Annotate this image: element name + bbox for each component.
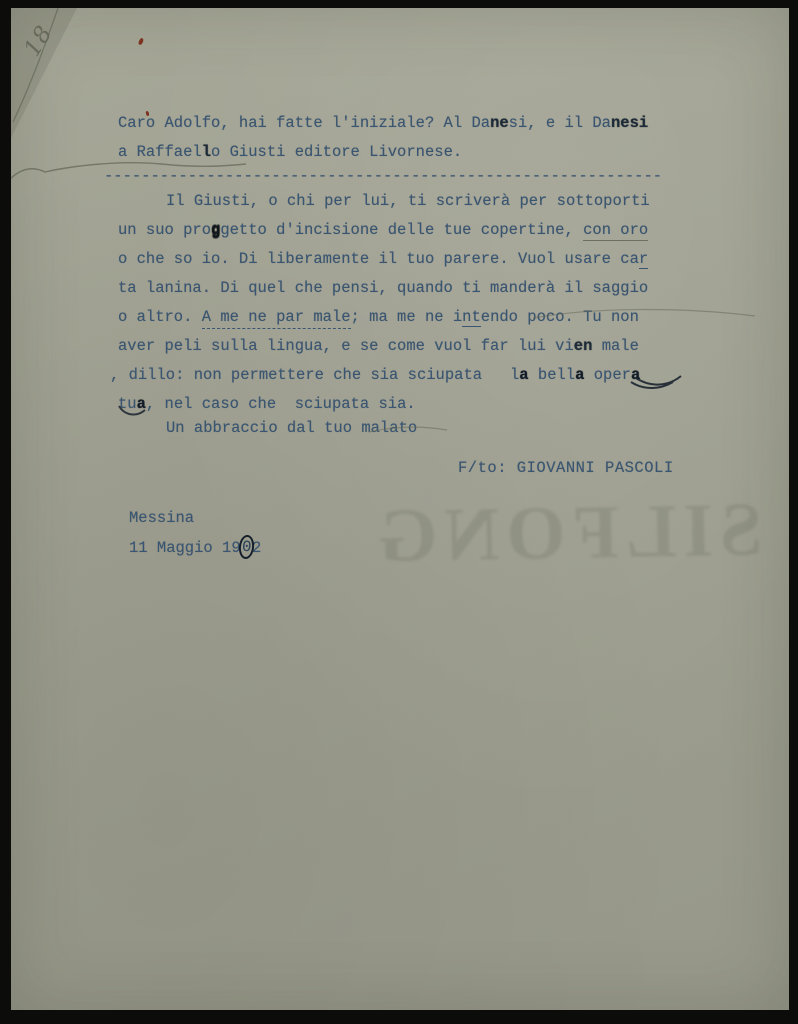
typed-segment-pen: a xyxy=(519,366,528,384)
letter-line: ta lanina. Di quel che pensi, quando ti … xyxy=(118,278,648,298)
letter-line: un suo proggetto d'incisione delle tue c… xyxy=(118,220,648,240)
typed-segment: o altro. xyxy=(118,308,202,326)
typed-segment: un suo pro xyxy=(118,221,211,239)
typed-segment-u: r xyxy=(639,250,648,269)
place-line: Messina xyxy=(129,508,194,528)
typed-segment-over: ne xyxy=(490,114,509,132)
typed-segment: getto d'incisione delle tue copertine, xyxy=(220,221,583,239)
signature-line: F/to: GIOVANNI PASCOLI xyxy=(458,458,674,478)
typed-segment: si, e il Da xyxy=(509,114,611,132)
typed-segment: bell xyxy=(529,366,576,384)
typed-segment-u: nt xyxy=(462,308,481,327)
typed-segment: ta lanina. Di quel che pensi, quando ti … xyxy=(118,279,648,297)
typed-segment: male xyxy=(592,337,639,355)
letter-line: o altro. A me ne par male; ma me ne inte… xyxy=(118,307,639,327)
letter-line: Il Giusti, o chi per lui, ti scriverà pe… xyxy=(166,191,650,211)
archival-page-number: 18 xyxy=(19,21,58,61)
typed-segment: oper xyxy=(584,366,631,384)
typed-segment: a Raffael xyxy=(118,143,202,161)
typed-segment-over: en xyxy=(574,337,593,355)
typed-segment: ----------------------------------------… xyxy=(104,167,662,185)
typed-segment-pen: a xyxy=(137,395,146,413)
letter-line: a Raffaello Giusti editore Livornese. xyxy=(118,142,462,162)
date-line: 11 Maggio 1902 xyxy=(129,536,261,560)
typed-segment-over: nesi xyxy=(611,114,648,132)
photo-black-border: 18 SILFONG Caro Adolfo, hai fatte l'iniz… xyxy=(0,0,798,1024)
typed-segment: endo poco. Tu non xyxy=(481,308,639,326)
letter-line: , dillo: non permettere che sia sciupata… xyxy=(110,365,640,385)
typed-segment: tu xyxy=(118,395,137,413)
letter-line: ----------------------------------------… xyxy=(104,166,662,186)
show-through-watermark: SILFONG xyxy=(340,486,794,598)
typed-segment: Il Giusti, o chi per lui, ti scriverà pe… xyxy=(166,192,650,210)
paper-speck xyxy=(138,37,145,45)
typed-segment: o che so io. Di liberamente il tuo parer… xyxy=(118,250,639,268)
letter-line: tua, nel caso che sciupata sia. xyxy=(118,394,416,414)
typed-segment-udash: A me ne par male xyxy=(202,308,351,329)
letter-paper: 18 SILFONG Caro Adolfo, hai fatte l'iniz… xyxy=(11,8,789,1010)
typed-segment-pen: a xyxy=(631,366,640,384)
letter-line: o che so io. Di liberamente il tuo parer… xyxy=(118,249,648,269)
letter-line: Caro Adolfo, hai fatte l'iniziale? Al Da… xyxy=(118,113,648,133)
typed-segment-upencil: con oro xyxy=(583,221,648,241)
date-prefix: 11 Maggio 19 xyxy=(129,539,241,557)
typed-segment: Caro Adolfo, hai fatte l'iniziale? Al Da xyxy=(118,114,490,132)
typed-segment-over: l xyxy=(202,143,211,161)
typed-segment: o Giusti editore Livornese. xyxy=(211,143,462,161)
typed-segment: Un abbraccio dal tuo malato xyxy=(166,419,417,437)
letter-line: Un abbraccio dal tuo malato xyxy=(166,418,417,438)
typed-segment: aver peli sulla lingua, e se come vuol f… xyxy=(118,337,574,355)
typed-segment: ; ma me ne i xyxy=(351,308,463,326)
typed-segment-blot: g xyxy=(211,221,220,239)
typed-segment: , dillo: non permettere che sia sciupata… xyxy=(110,366,519,384)
letter-line: aver peli sulla lingua, e se come vuol f… xyxy=(118,336,639,356)
typed-segment: , nel caso che sciupata sia. xyxy=(146,395,416,413)
